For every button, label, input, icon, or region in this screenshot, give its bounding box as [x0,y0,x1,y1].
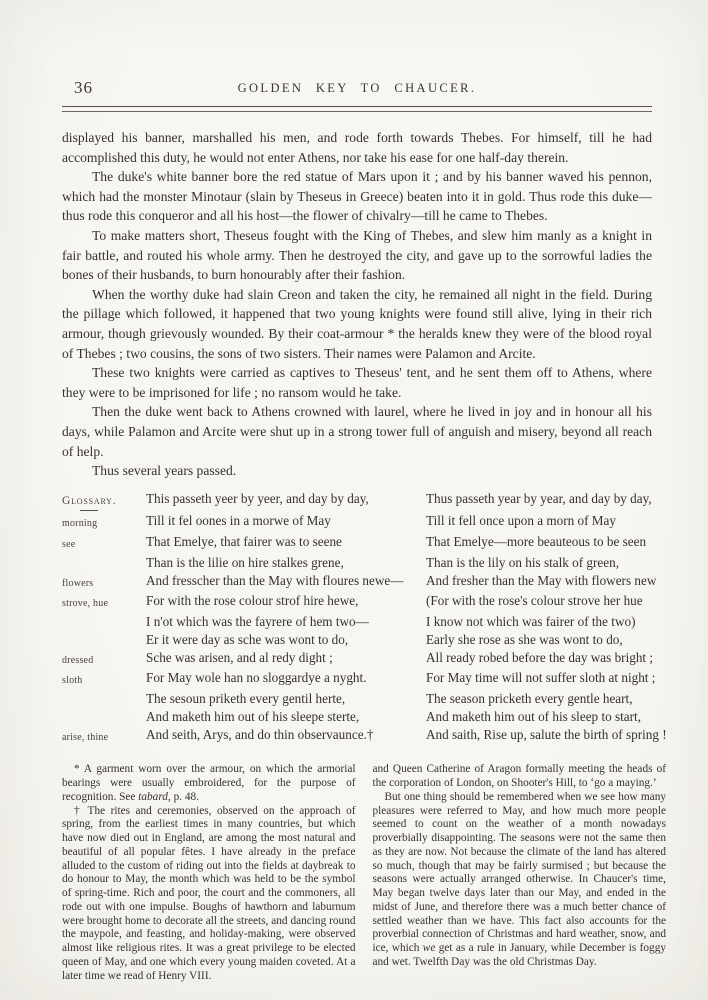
gloss-label [62,690,146,708]
page-number: 36 [74,78,93,98]
prose-paragraph: These two knights were carried as captiv… [62,363,652,402]
footnote-italic-term: we [423,942,436,954]
footnote-text: , p. 48. [168,791,199,803]
verse-line-modern: Till it fell once upon a morn of May [426,512,667,533]
prose-paragraph: Then the duke went back to Athens crowne… [62,402,652,461]
prose-paragraph: Thus several years passed. [62,461,652,481]
footnote-continuation: and Queen Catherine of Aragon formally m… [373,763,667,791]
gloss-label: flowers [62,572,146,593]
verse-line-modern: All ready robed before the day was brigh… [426,649,667,670]
footnote-italic-term: tabard [138,791,168,803]
verse-line-modern: And fresher than the May with flowers ne… [426,572,667,593]
verse-line-old: And seith, Arys, and do thin observaunce… [146,726,426,747]
footnote-left-column: * A garment worn over the armour, on whi… [62,763,356,983]
verse-line-old: And fresscher than the May with floures … [146,572,426,593]
verse-line-modern: Thus passeth year by year, and day by da… [426,490,667,513]
footnote-text: * A garment worn over the armour, on whi… [62,763,356,803]
footnote-right-column: and Queen Catherine of Aragon formally m… [373,763,667,983]
gloss-label: arise, thine [62,726,146,747]
footnotes-section: * A garment worn over the armour, on whi… [62,763,666,983]
verse-line-modern: That Emelye—more beauteous to be seen [426,533,667,554]
gloss-label: strove, hue [62,592,146,613]
gloss-label: dressed [62,649,146,670]
prose-paragraph: displayed his banner, marshalled his men… [62,128,652,167]
gloss-label: morning [62,512,146,533]
footnote-text: But one thing should be remembered when … [373,791,667,954]
prose-section: displayed his banner, marshalled his men… [62,128,652,481]
verse-line-old: Sche was arisen, and al redy dight ; [146,649,426,670]
verse-line-old: And maketh him out of his sleepe sterte, [146,708,426,726]
verse-line-old: Till it fel oones in a morwe of May [146,512,426,533]
gloss-label [62,708,146,726]
verse-line-old: For May wole han no sloggardye a nyght. [146,669,426,690]
verse-line-old: Er it were day as sche was wont to do, [146,631,426,649]
verse-line-old: I n'ot which was the fayrere of hem two— [146,613,426,631]
header-rule [62,106,652,112]
verse-line-old: That Emelye, that fairer was to seene [146,533,426,554]
gloss-label [62,554,146,572]
prose-paragraph: The duke's white banner bore the red sta… [62,167,652,226]
running-title: GOLDEN KEY TO CHAUCER. [62,78,652,96]
verse-line-modern: And maketh him out of his sleep to start… [426,708,667,726]
verse-line-old: This passeth yeer by yeer, and day by da… [146,490,426,513]
prose-paragraph: When the worthy duke had slain Creon and… [62,285,652,363]
footnote-asterisk: * A garment worn over the armour, on whi… [62,763,356,804]
glossary-heading-cell: Glossary. [62,490,146,513]
gloss-label [62,631,146,649]
verse-line-old: Than is the lilie on hire stalkes grene, [146,554,426,572]
verse-line-modern: Early she rose as she was wont to do, [426,631,667,649]
verse-line-modern: Than is the lily on his stalk of green, [426,554,667,572]
verse-line-modern: I know not which was fairer of the two) [426,613,667,631]
verse-line-modern: And saith, Rise up, salute the birth of … [426,726,667,747]
prose-paragraph: To make matters short, Theseus fought wi… [62,226,652,285]
footnote-dagger: † The rites and ceremonies, observed on … [62,805,356,984]
gloss-label [62,613,146,631]
verse-line-old: The sesoun priketh every gentil herte, [146,690,426,708]
verse-section: Glossary. This passeth yeer by yeer, and… [62,490,652,747]
running-header: 36 GOLDEN KEY TO CHAUCER. [62,78,652,102]
gloss-label: sloth [62,669,146,690]
book-page: 36 GOLDEN KEY TO CHAUCER. displayed his … [0,0,708,1000]
verse-line-old: For with the rose colour strof hire hewe… [146,592,426,613]
verse-line-modern: The season pricketh every gentle heart, [426,690,667,708]
verse-line-modern: For May time will not suffer sloth at ni… [426,669,667,690]
glossary-heading: Glossary. [62,493,116,513]
gloss-label: see [62,533,146,554]
verse-line-modern: (For with the rose's colour strove her h… [426,592,667,613]
footnote-paragraph: But one thing should be remembered when … [373,791,667,970]
